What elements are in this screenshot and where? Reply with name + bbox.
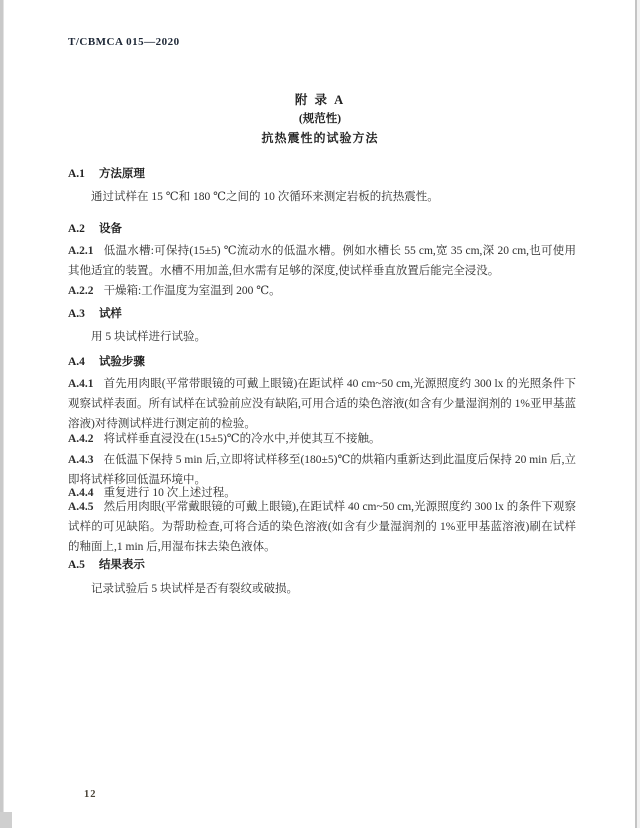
section-heading-a5: A.5结果表示 — [68, 555, 576, 575]
section-heading-a4: A.4试验步骤 — [68, 352, 576, 372]
document-code-header: T/CBMCA 015—2020 — [68, 36, 180, 48]
section-title: 试样 — [99, 308, 122, 320]
page-bottom-left-shadow — [0, 812, 12, 828]
clause-number: A.4.3 — [68, 454, 94, 466]
appendix-normative-note: (规范性) — [0, 110, 640, 126]
clause-text: 低温水槽:可保持(15±5) ℃流动水的低温水槽。例如水槽长 55 cm,宽 3… — [68, 245, 576, 277]
section-title: 方法原理 — [99, 168, 145, 180]
clause-a4-1: A.4.1首先用肉眼(平常带眼镜的可戴上眼镜)在距试样 40 cm~50 cm,… — [68, 374, 576, 434]
clause-a2-2: A.2.2干燥箱:工作温度为室温到 200 ℃。 — [68, 281, 576, 301]
section-a1-paragraph: 通过试样在 15 ℃和 180 ℃之间的 10 次循环来测定岩板的抗热震性。 — [68, 187, 576, 207]
clause-a4-2: A.4.2将试样垂直浸没在(15±5)℃的冷水中,并使其互不接触。 — [68, 429, 576, 449]
clause-number: A.4.1 — [68, 378, 94, 390]
clause-text: 然后用肉眼(平常戴眼镜的可戴上眼镜),在距试样 40 cm~50 cm,光源照度… — [68, 501, 576, 553]
clause-number: A.2.2 — [68, 285, 94, 297]
section-heading-a3: A.3试样 — [68, 304, 576, 324]
section-number: A.3 — [68, 308, 85, 320]
clause-text: 干燥箱:工作温度为室温到 200 ℃。 — [104, 285, 281, 297]
section-title: 结果表示 — [99, 559, 145, 571]
section-number: A.1 — [68, 168, 85, 180]
clause-a2-1: A.2.1低温水槽:可保持(15±5) ℃流动水的低温水槽。例如水槽长 55 c… — [68, 241, 576, 281]
clause-text: 将试样垂直浸没在(15±5)℃的冷水中,并使其互不接触。 — [104, 433, 381, 445]
section-number: A.2 — [68, 223, 85, 235]
appendix-title: 抗热震性的试验方法 — [0, 129, 640, 146]
page-number: 12 — [84, 789, 97, 800]
section-a5-paragraph: 记录试验后 5 块试样是否有裂纹或破损。 — [68, 579, 576, 599]
section-a3-paragraph: 用 5 块试样进行试验。 — [68, 327, 576, 347]
clause-number: A.4.5 — [68, 501, 94, 513]
section-heading-a1: A.1方法原理 — [68, 164, 576, 184]
clause-text: 首先用肉眼(平常带眼镜的可戴上眼镜)在距试样 40 cm~50 cm,光源照度约… — [68, 378, 576, 430]
section-number: A.4 — [68, 356, 85, 368]
section-title: 试验步骤 — [99, 356, 145, 368]
section-number: A.5 — [68, 559, 85, 571]
clause-number: A.2.1 — [68, 245, 94, 257]
scanned-standard-page: { "document": { "header": "T/CBMCA 015—2… — [0, 0, 640, 828]
section-heading-a2: A.2设备 — [68, 219, 576, 239]
appendix-label: 附 录 A — [0, 90, 640, 108]
clause-a4-5: A.4.5然后用肉眼(平常戴眼镜的可戴上眼镜),在距试样 40 cm~50 cm… — [68, 497, 576, 557]
clause-text: 在低温下保持 5 min 后,立即将试样移至(180±5)℃的烘箱内重新达到此温… — [68, 454, 576, 486]
section-title: 设备 — [99, 223, 122, 235]
clause-number: A.4.2 — [68, 433, 94, 445]
